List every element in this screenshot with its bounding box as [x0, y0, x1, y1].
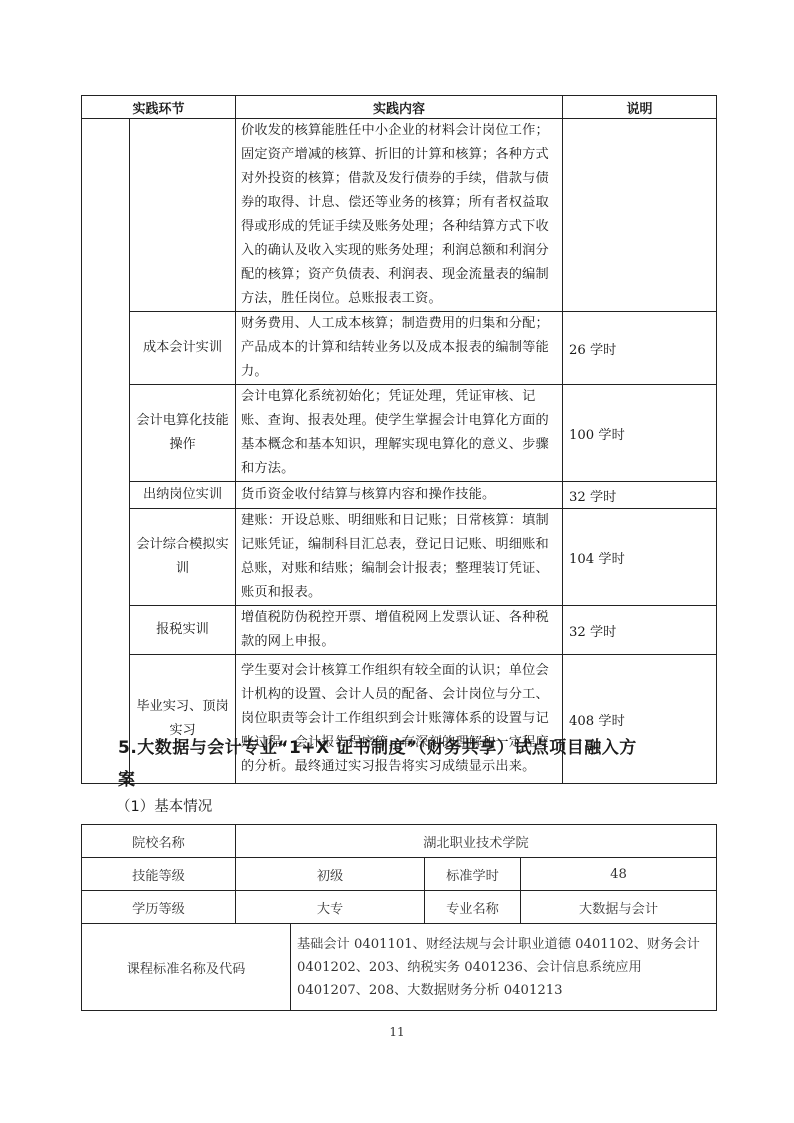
- stage-note: 32 学时: [563, 606, 717, 655]
- stage-note: 104 学时: [563, 509, 717, 606]
- stage-content: 会计电算化系统初始化；凭证处理，凭证审核、记账、查询、报表处理。使学生掌握会计电…: [236, 385, 563, 482]
- practice-table: 实践环节 实践内容 说明 价收发的核算能胜任中小企业的材料会计岗位工作；固定资产…: [81, 95, 717, 784]
- stage-name: 会计电算化技能操作: [130, 385, 236, 482]
- stage-content: 货币资金收付结算与核算内容和操作技能。: [236, 482, 563, 509]
- school-value: 湖北职业技术学院: [236, 825, 717, 858]
- table-row: 毕业实习、顶岗实习 学生要对会计核算工作组织有较全面的认识；单位会计机构的设置、…: [82, 655, 717, 784]
- basic-info-table: 院校名称 湖北职业技术学院 技能等级 初级 标准学时 48 学历等级 大专 专业…: [81, 824, 717, 1011]
- stage-content: 增值税防伪税控开票、增值税网上发票认证、各种税款的网上申报。: [236, 606, 563, 655]
- table-row: 会计综合模拟实训 建账：开设总账、明细账和日记账；日常核算：填制记账凭证，编制科…: [82, 509, 717, 606]
- table-row: 学历等级 大专 专业名称 大数据与会计: [82, 891, 717, 924]
- stage-name: [130, 119, 236, 312]
- header-note: 说明: [563, 96, 717, 119]
- course-standard-value: 基础会计 0401101、财经法规与会计职业道德 0401102、财务会计 04…: [291, 924, 717, 1011]
- page-number: 11: [0, 1025, 794, 1039]
- stage-note: [563, 119, 717, 312]
- table-row: 报税实训 增值税防伪税控开票、增值税网上发票认证、各种税款的网上申报。 32 学…: [82, 606, 717, 655]
- stage-note: 408 学时: [563, 655, 717, 784]
- header-practice-content: 实践内容: [236, 96, 563, 119]
- stage-name: 毕业实习、顶岗实习: [130, 655, 236, 784]
- table-header-row: 实践环节 实践内容 说明: [82, 96, 717, 119]
- school-label: 院校名称: [82, 825, 236, 858]
- skill-level-value: 初级: [236, 858, 425, 891]
- table-row: 技能等级 初级 标准学时 48: [82, 858, 717, 891]
- stage-content: 价收发的核算能胜任中小企业的材料会计岗位工作；固定资产增减的核算、折旧的计算和核…: [236, 119, 563, 312]
- table-row: 课程标准名称及代码 基础会计 0401101、财经法规与会计职业道德 04011…: [82, 924, 717, 1011]
- major-name-value: 大数据与会计: [521, 891, 717, 924]
- table-row: 价收发的核算能胜任中小企业的材料会计岗位工作；固定资产增减的核算、折旧的计算和核…: [82, 119, 717, 312]
- document-page: 实践环节 实践内容 说明 价收发的核算能胜任中小企业的材料会计岗位工作；固定资产…: [0, 0, 794, 1123]
- stage-note: 26 学时: [563, 312, 717, 385]
- stage-content: 建账：开设总账、明细账和日记账；日常核算：填制记账凭证，编制科目汇总表，登记日记…: [236, 509, 563, 606]
- stage-note: 32 学时: [563, 482, 717, 509]
- skill-level-label: 技能等级: [82, 858, 236, 891]
- stage-content: 学生要对会计核算工作组织有较全面的认识；单位会计机构的设置、会计人员的配备、会计…: [236, 655, 563, 784]
- stage-content: 财务费用、人工成本核算；制造费用的归集和分配；产品成本的计算和结转业务以及成本报…: [236, 312, 563, 385]
- education-level-value: 大专: [236, 891, 425, 924]
- education-level-label: 学历等级: [82, 891, 236, 924]
- table-row: 会计电算化技能操作 会计电算化系统初始化；凭证处理，凭证审核、记账、查询、报表处…: [82, 385, 717, 482]
- stage-name: 成本会计实训: [130, 312, 236, 385]
- header-practice-stage: 实践环节: [82, 96, 236, 119]
- standard-hours-value: 48: [521, 858, 717, 891]
- stage-name: 出纳岗位实训: [130, 482, 236, 509]
- section-heading: 5.大数据与会计专业“1+X 证书制度”（财务共享）试点项目融入方: [118, 733, 637, 758]
- table-row: 出纳岗位实训 货币资金收付结算与核算内容和操作技能。 32 学时: [82, 482, 717, 509]
- subsection-heading: （1）基本情况: [116, 795, 212, 816]
- table-row: 成本会计实训 财务费用、人工成本核算；制造费用的归集和分配；产品成本的计算和结转…: [82, 312, 717, 385]
- major-name-label: 专业名称: [425, 891, 521, 924]
- stage-name: 会计综合模拟实训: [130, 509, 236, 606]
- section-heading-continued: 案: [118, 765, 136, 790]
- course-standard-label: 课程标准名称及代码: [82, 924, 291, 1011]
- standard-hours-label: 标准学时: [425, 858, 521, 891]
- merged-blank-cell: [82, 119, 130, 784]
- table-row: 院校名称 湖北职业技术学院: [82, 825, 717, 858]
- stage-name: 报税实训: [130, 606, 236, 655]
- stage-note: 100 学时: [563, 385, 717, 482]
